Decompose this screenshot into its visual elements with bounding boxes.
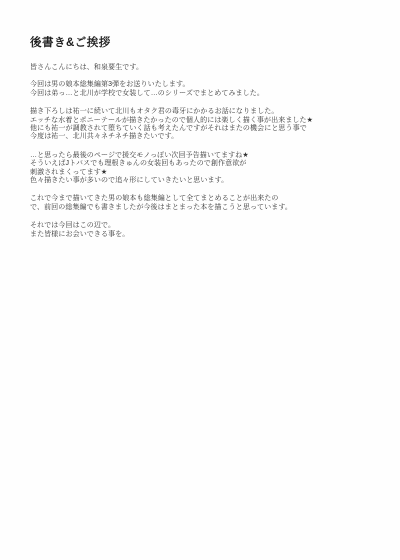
- paragraph-summary: これで今まで描いてきた男の娘本も総集編として全てまとめることが出来たの で、前回…: [30, 195, 380, 212]
- text-line: 今回は弟っ…と北川が学校で女装して…のシリーズでまとめてみました。: [30, 90, 380, 98]
- afterword-page: 後書き&ご挨拶 皆さんこんにちは、和泉要生です。 今回は男の娘本総集編第3弾をお…: [0, 0, 400, 560]
- text-line: 描き下ろしは祐一に続いて北川もオタク君の毒牙にかかるお話になりました。: [30, 108, 380, 116]
- paragraph-greeting: 皆さんこんにちは、和泉要生です。: [30, 64, 380, 72]
- text-line: 刺激されまくってます★: [30, 169, 380, 177]
- text-line: 皆さんこんにちは、和泉要生です。: [30, 64, 380, 72]
- text-line: それでは今回はこの辺で。: [30, 222, 380, 230]
- afterword-text-block: 後書き&ご挨拶 皆さんこんにちは、和泉要生です。 今回は男の娘本総集編第3弾をお…: [30, 34, 380, 248]
- page-title: 後書き&ご挨拶: [30, 34, 380, 50]
- text-line: で、前回の総集編でも書きましたが今後はまとまった本を描こうと思っています。: [30, 204, 380, 212]
- text-line: 色々描きたい事が多いので追々形にしていきたいと思います。: [30, 177, 380, 185]
- text-line: また皆様にお会いできる事を。: [30, 231, 380, 239]
- paragraph-new-content: 描き下ろしは祐一に続いて北川もオタク君の毒牙にかかるお話になりました。 エッチな…: [30, 108, 380, 142]
- text-line: 今度は祐一、北川共々ネチネチ描きたいです。: [30, 133, 380, 141]
- paragraph-preview: …と思ったら最後のページで援交モノっぽい次回予告描いてますね★ そういえばJトバ…: [30, 152, 380, 186]
- text-line: 今回は男の娘本総集編第3弾をお送りいたします。: [30, 81, 380, 89]
- text-line: これで今まで描いてきた男の娘本も総集編として全てまとめることが出来たの: [30, 195, 380, 203]
- paragraph-closing: それでは今回はこの辺で。 また皆様にお会いできる事を。: [30, 222, 380, 239]
- text-line: そういえばJトバスでも理根きゅんの女装回もあったので創作意欲が: [30, 160, 380, 168]
- text-line: エッチな水着とポニーテールが描きたかったので個人的には楽しく描く事が出来ました★: [30, 117, 380, 125]
- paragraph-intro: 今回は男の娘本総集編第3弾をお送りいたします。 今回は弟っ…と北川が学校で女装し…: [30, 81, 380, 98]
- text-line: …と思ったら最後のページで援交モノっぽい次回予告描いてますね★: [30, 152, 380, 160]
